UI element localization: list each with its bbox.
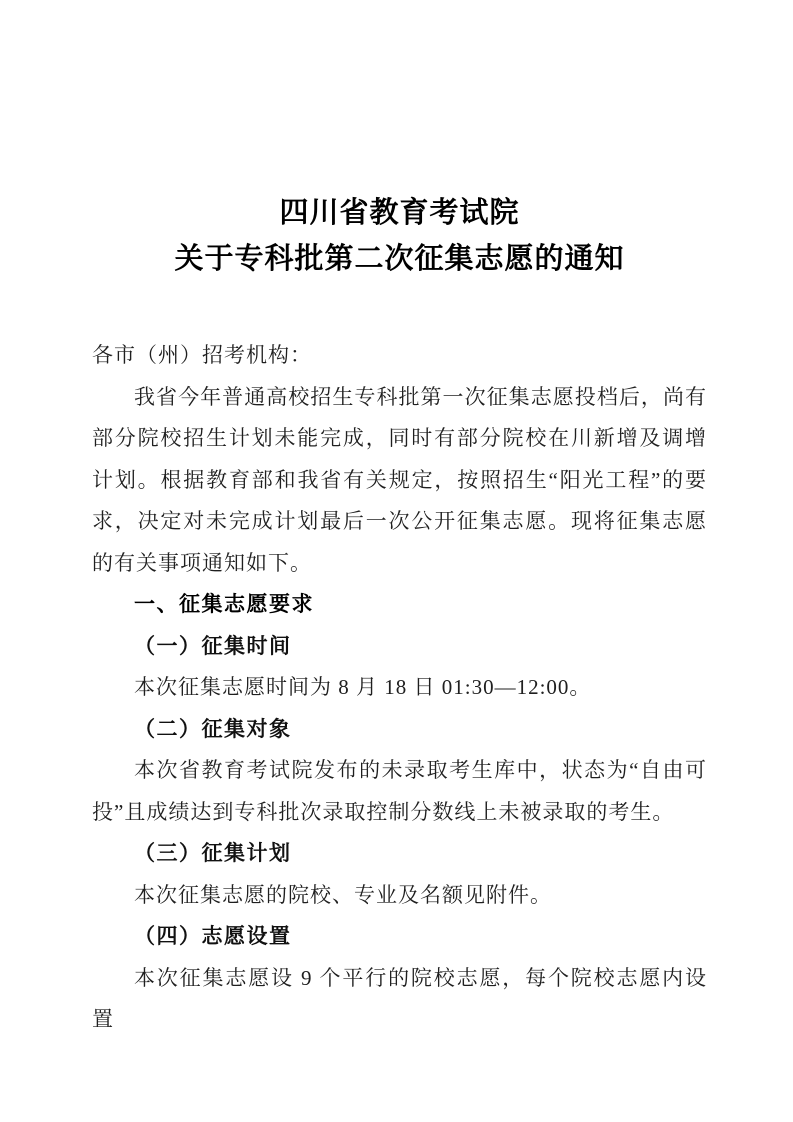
subsection-3-body: 本次征集志愿的院校、专业及名额见附件。 (92, 875, 707, 917)
subsection-2-body: 本次省教育考试院发布的未录取考生库中，状态为“自由可投”且成绩达到专科批次录取控… (92, 750, 707, 833)
subsection-4-body: 本次征集志愿设 9 个平行的院校志愿，每个院校志愿内设置 (92, 958, 707, 1041)
section-1-heading: 一、征集志愿要求 (92, 584, 707, 626)
subsection-3-heading: （三）征集计划 (92, 833, 707, 875)
document-title: 四川省教育考试院 关于专科批第二次征集志愿的通知 (92, 190, 707, 282)
document-title-line-2: 关于专科批第二次征集志愿的通知 (92, 236, 707, 282)
intro-paragraph: 我省今年普通高校招生专科批第一次征集志愿投档后，尚有部分院校招生计划未能完成，同… (92, 377, 707, 585)
document-body: 各市（州）招考机构： 我省今年普通高校招生专科批第一次征集志愿投档后，尚有部分院… (92, 335, 707, 1041)
subsection-1-heading: （一）征集时间 (92, 626, 707, 668)
subsection-4-heading: （四）志愿设置 (92, 916, 707, 958)
document-page: 四川省教育考试院 关于专科批第二次征集志愿的通知 各市（州）招考机构： 我省今年… (0, 0, 793, 1122)
document-title-line-1: 四川省教育考试院 (92, 190, 707, 236)
salutation: 各市（州）招考机构： (92, 335, 707, 377)
subsection-1-body: 本次征集志愿时间为 8 月 18 日 01:30—12:00。 (92, 667, 707, 709)
subsection-2-heading: （二）征集对象 (92, 709, 707, 751)
